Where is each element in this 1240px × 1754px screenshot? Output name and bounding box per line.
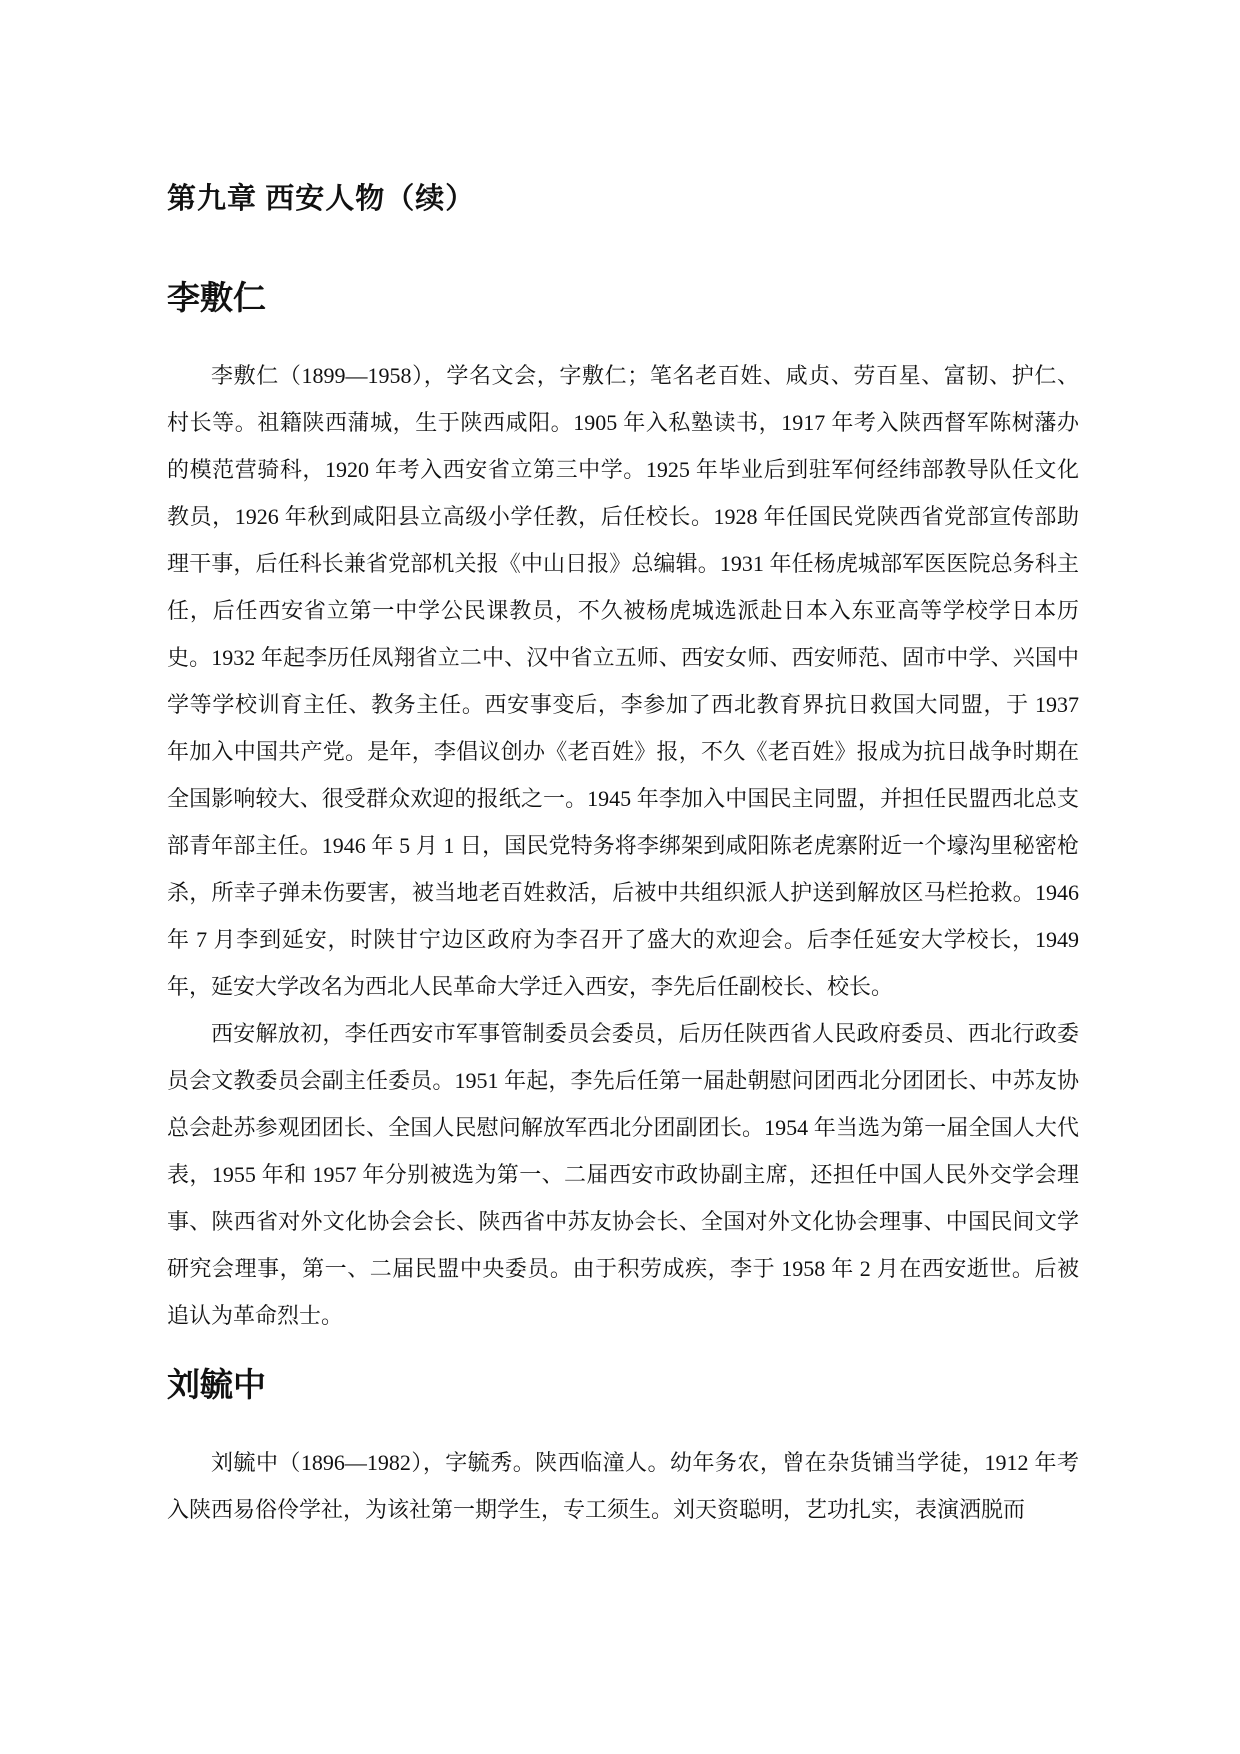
paragraph-li-furen-biography: 李敷仁（1899—1958），学名文会，字敷仁；笔名老百姓、咸贞、劳百星、富韧、… [167,352,1079,1010]
chapter-title: 第九章 西安人物（续） [167,0,1079,218]
document-page: 第九章 西安人物（续） 李敷仁 李敷仁（1899—1958），学名文会，字敷仁；… [0,0,1240,1754]
paragraph-li-furen-later-life: 西安解放初，李任西安市军事管制委员会委员，后历任陕西省人民政府委员、西北行政委员… [167,1010,1079,1339]
section-heading-liu-yuzhong: 刘毓中 [167,1365,1079,1407]
page-content: 第九章 西安人物（续） 李敷仁 李敷仁（1899—1958），学名文会，字敷仁；… [167,0,1079,1533]
paragraph-liu-yuzhong-biography: 刘毓中（1896—1982），字毓秀。陕西临潼人。幼年务农，曾在杂货铺当学徒，1… [167,1439,1079,1533]
section-heading-li-furen: 李敷仁 [167,278,1079,320]
